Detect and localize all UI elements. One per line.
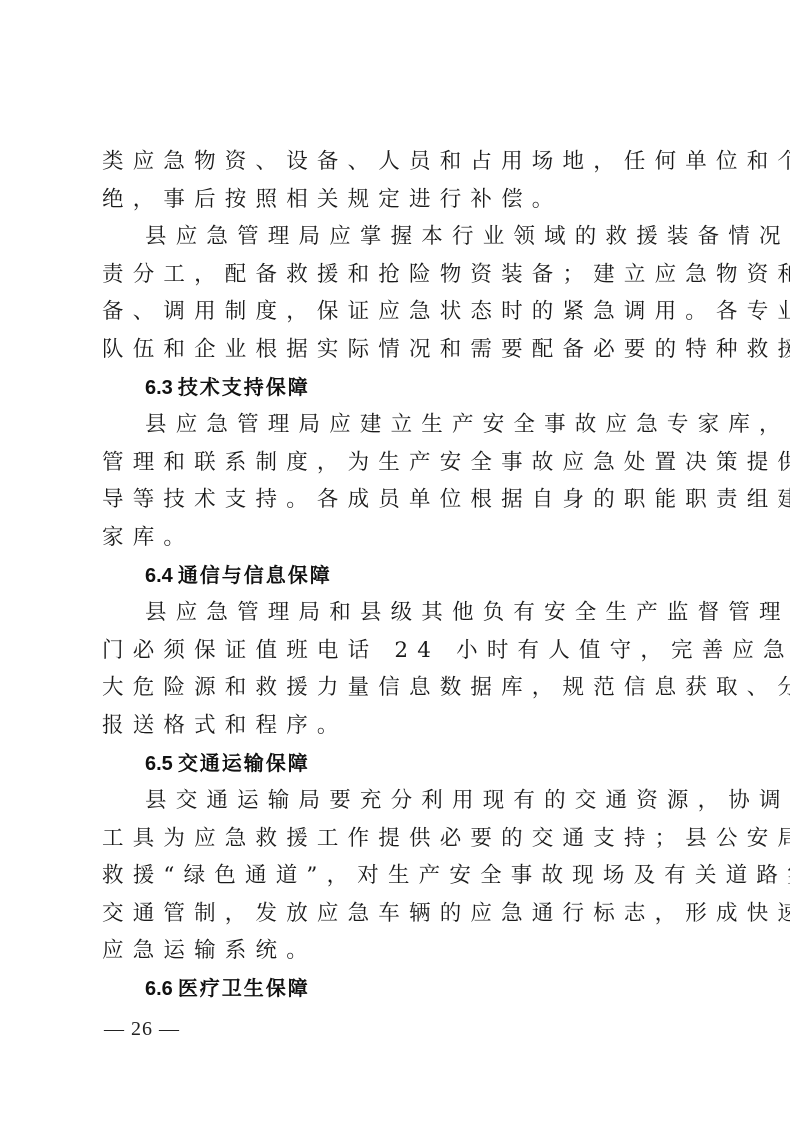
- text-line: 县应急管理局应建立生产安全事故应急专家库，完善专家: [102, 406, 690, 444]
- text-line: 管理和联系制度，为生产安全事故应急处置决策提供咨询、指: [102, 444, 690, 482]
- section-number: 6.4: [145, 565, 173, 587]
- text-line: 工具为应急救援工作提供必要的交通支持；县公安局开设应急: [102, 820, 690, 858]
- paragraph: 县应急管理局和县级其他负有安全生产监督管理职责的部 门必须保证值班电话 24 小…: [102, 594, 690, 744]
- text-line: 县交通运输局要充分利用现有的交通资源，协调各种交通: [102, 782, 690, 820]
- text-line: 家库。: [102, 519, 690, 557]
- section-heading-6-5: 6.5交通运输保障: [102, 745, 690, 783]
- text-line: 救援“绿色通道”，对生产安全事故现场及有关道路实行临时: [102, 857, 690, 895]
- section-title: 技术支持保障: [178, 375, 310, 399]
- text-line: 类应急物资、设备、人员和占用场地，任何单位和个人不得拒: [102, 143, 690, 181]
- text-line: 县应急管理局和县级其他负有安全生产监督管理职责的部: [102, 594, 690, 632]
- paragraph: 县交通运输局要充分利用现有的交通资源，协调各种交通 工具为应急救援工作提供必要的…: [102, 782, 690, 970]
- text-line: 交通管制，发放应急车辆的应急通行标志，形成快速、高效的: [102, 895, 690, 933]
- document-page: 类应急物资、设备、人员和占用场地，任何单位和个人不得拒 绝，事后按照相关规定进行…: [102, 143, 690, 1008]
- paragraph: 类应急物资、设备、人员和占用场地，任何单位和个人不得拒 绝，事后按照相关规定进行…: [102, 143, 690, 218]
- page-number: — 26 —: [104, 1018, 180, 1041]
- text-line: 导等技术支持。各成员单位根据自身的职能职责组建相应的专: [102, 481, 690, 519]
- text-line: 门必须保证值班电话 24 小时有人值守，完善应急通信网络、重: [102, 632, 690, 670]
- section-heading-6-4: 6.4通信与信息保障: [102, 557, 690, 595]
- section-number: 6.5: [145, 753, 173, 775]
- section-heading-6-6: 6.6医疗卫生保障: [102, 970, 690, 1008]
- text-line: 备、调用制度，保证应急状态时的紧急调用。各专业应急救援: [102, 293, 690, 331]
- section-title: 通信与信息保障: [178, 563, 332, 587]
- text-line: 大危险源和救援力量信息数据库，规范信息获取、分析、发布、: [102, 669, 690, 707]
- section-heading-6-3: 6.3技术支持保障: [102, 369, 690, 407]
- text-line: 县应急管理局应掌握本行业领域的救援装备情况，根据职: [102, 218, 690, 256]
- text-line: 报送格式和程序。: [102, 707, 690, 745]
- text-line: 绝，事后按照相关规定进行补偿。: [102, 181, 690, 219]
- section-number: 6.6: [145, 978, 173, 1000]
- text-line: 责分工，配备救援和抢险物资装备；建立应急物资和设备等储: [102, 256, 690, 294]
- text-line: 队伍和企业根据实际情况和需要配备必要的特种救援装备。: [102, 331, 690, 369]
- section-title: 医疗卫生保障: [178, 976, 310, 1000]
- section-number: 6.3: [145, 377, 173, 399]
- paragraph: 县应急管理局应建立生产安全事故应急专家库，完善专家 管理和联系制度，为生产安全事…: [102, 406, 690, 556]
- section-title: 交通运输保障: [178, 751, 310, 775]
- paragraph: 县应急管理局应掌握本行业领域的救援装备情况，根据职 责分工，配备救援和抢险物资装…: [102, 218, 690, 368]
- text-line: 应急运输系统。: [102, 932, 690, 970]
